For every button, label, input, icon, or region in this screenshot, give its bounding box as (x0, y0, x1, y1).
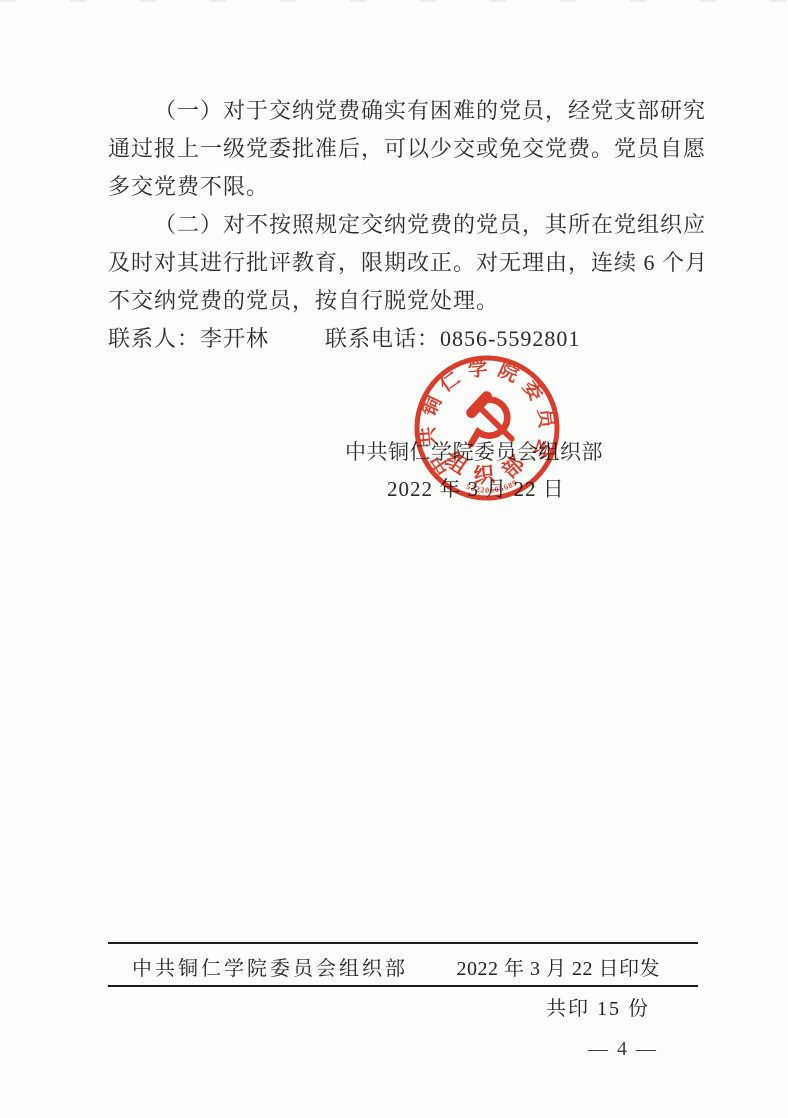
body-line: （一）对于交纳党费确实有困难的党员，经党支部研究 (108, 92, 708, 130)
document-body: （一）对于交纳党费确实有困难的党员，经党支部研究 通过报上一级党委批准后，可以少… (108, 92, 708, 358)
body-line: 多交党费不限。 (108, 168, 708, 206)
footer-print-date: 2022 年 3 月 22 日印发 (457, 952, 661, 981)
hammer-sickle-icon (467, 395, 512, 444)
page-number: — 4 — (588, 1038, 658, 1061)
document-page: （一）对于交纳党费确实有困难的党员，经党支部研究 通过报上一级党委批准后，可以少… (0, 0, 788, 1118)
footer-issuer: 中共铜仁学院委员会组织部 (132, 952, 408, 981)
body-line: 通过报上一级党委批准后，可以少交或免交党费。党员自愿 (108, 130, 708, 168)
contact-person: 联系人：李开林 (108, 320, 269, 358)
scan-artifact-top (0, 0, 788, 2)
footer-rule-bottom (108, 985, 698, 987)
footer-rule-top (108, 942, 698, 944)
contact-line: 联系人：李开林 联系电话：0856-5592801 (108, 320, 708, 358)
footer-copies: 共印 15 份 (546, 992, 650, 1021)
footer-row: 中共铜仁学院委员会组织部 2022 年 3 月 22 日印发 (108, 948, 698, 984)
body-line: 不交纳党费的党员，按自行脱党处理。 (108, 282, 708, 320)
body-line: 及时对其进行批评教育，限期改正。对无理由，连续 6 个月 (108, 244, 708, 282)
body-line: （二）对不按照规定交纳党费的党员，其所在党组织应 (108, 206, 708, 244)
official-seal: 中共铜仁学院委员会 组织部 52220605689 (405, 346, 570, 511)
